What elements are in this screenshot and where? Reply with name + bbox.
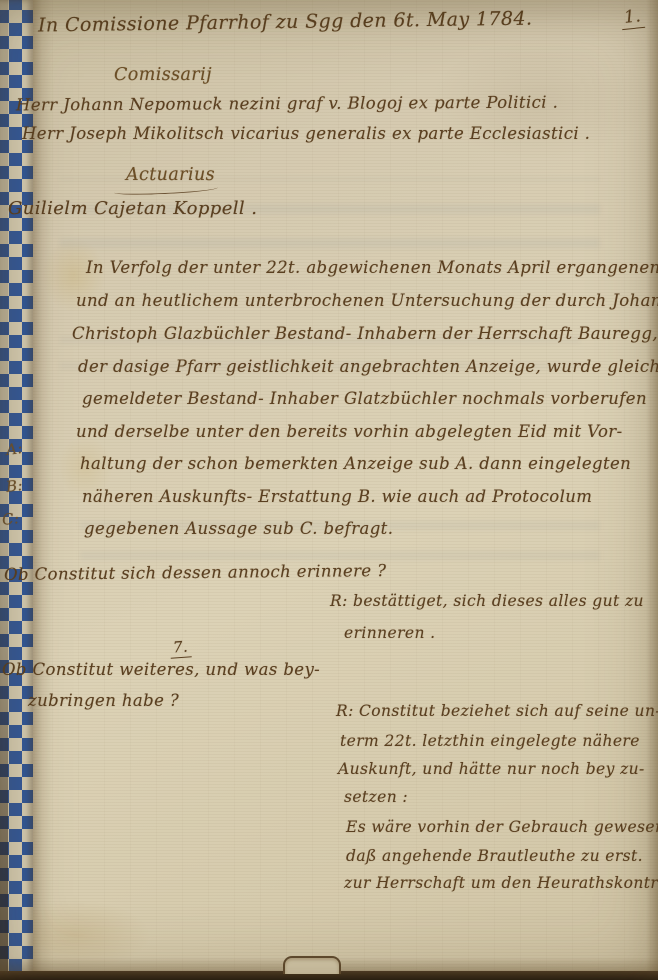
paragraph-line: gemeldeter Bestand- Inhaber Glatzbüchler… xyxy=(82,389,647,408)
answer-2-line: daß angehende Brautleuthe zu erst. xyxy=(346,847,643,865)
paragraph-line: In Verfolg der unter 22t. abgewichenen M… xyxy=(86,258,658,277)
question-2-number: 7. xyxy=(169,637,191,656)
actuary-heading: Actuarius xyxy=(126,165,215,185)
page-number-text: 1. xyxy=(620,6,645,30)
answer-2-line: Es wäre vorhin der Gebrauch gewesen xyxy=(346,818,658,836)
margin-mark-a: A: xyxy=(5,439,24,459)
manuscript-page: In Comissione Pfarrhof zu Sgg den 6t. Ma… xyxy=(0,0,658,980)
page-number: 1. xyxy=(620,6,645,28)
answer-2-line: R: Constitut beziehet sich auf seine un- xyxy=(336,702,658,720)
paragraph-line: und derselbe unter den bereits vorhin ab… xyxy=(76,422,623,441)
answer-2-block: R: Constitut beziehet sich auf seine un-… xyxy=(336,702,658,912)
bookmark-tab xyxy=(283,956,341,974)
margin-mark-b: B: xyxy=(5,476,24,496)
margin-mark-c: C: xyxy=(1,509,20,529)
answer-2-line: Auskunft, und hätte nur noch bey zu- xyxy=(338,760,645,778)
commissary-line-1: Herr Johann Nepomuck nezini graf v. Blog… xyxy=(16,93,558,115)
answer-2-line: term 22t. letzthin eingelegte nähere xyxy=(340,732,640,750)
question-2-line-2: zubringen habe ? xyxy=(28,691,179,710)
dateline: In Comissione Pfarrhof zu Sgg den 6t. Ma… xyxy=(38,8,533,37)
paragraph-line: haltung der schon bemerkten Anzeige sub … xyxy=(80,454,631,473)
actuary-underline xyxy=(114,184,218,196)
actuary-name: Guilielm Cajetan Koppell . xyxy=(8,198,257,219)
question-1: Ob Constitut sich dessen annoch erinnere… xyxy=(4,561,387,584)
gutter-crease xyxy=(33,0,53,980)
body-paragraph: In Verfolg der unter 22t. abgewichenen M… xyxy=(72,258,650,558)
paragraph-line: und an heutlichem unterbrochenen Untersu… xyxy=(76,291,658,310)
commissaries-heading: Comissarij xyxy=(114,65,212,85)
paragraph-line: gegebenen Aussage sub C. befragt. xyxy=(84,519,393,538)
paragraph-line: näheren Auskunfts- Erstattung B. wie auc… xyxy=(82,487,592,506)
paragraph-line: der dasige Pfarr geistlichkeit angebrach… xyxy=(78,357,658,376)
question-2-number-text: 7. xyxy=(169,637,191,658)
answer-2-line: setzen : xyxy=(344,788,408,806)
question-2-line-1: Ob Constitut weiteres, und was bey- xyxy=(2,660,320,679)
answer-1-line-1: R: bestättiget, sich dieses alles gut zu xyxy=(330,592,644,610)
answer-1-line-2: erinneren . xyxy=(344,624,436,642)
commissary-line-2: Herr Joseph Mikolitsch vicarius generali… xyxy=(22,124,590,143)
answer-2-line: zur Herrschaft um den Heurathskontrakt xyxy=(344,874,658,892)
paragraph-line: Christoph Glazbüchler Bestand- Inhabern … xyxy=(72,324,658,343)
